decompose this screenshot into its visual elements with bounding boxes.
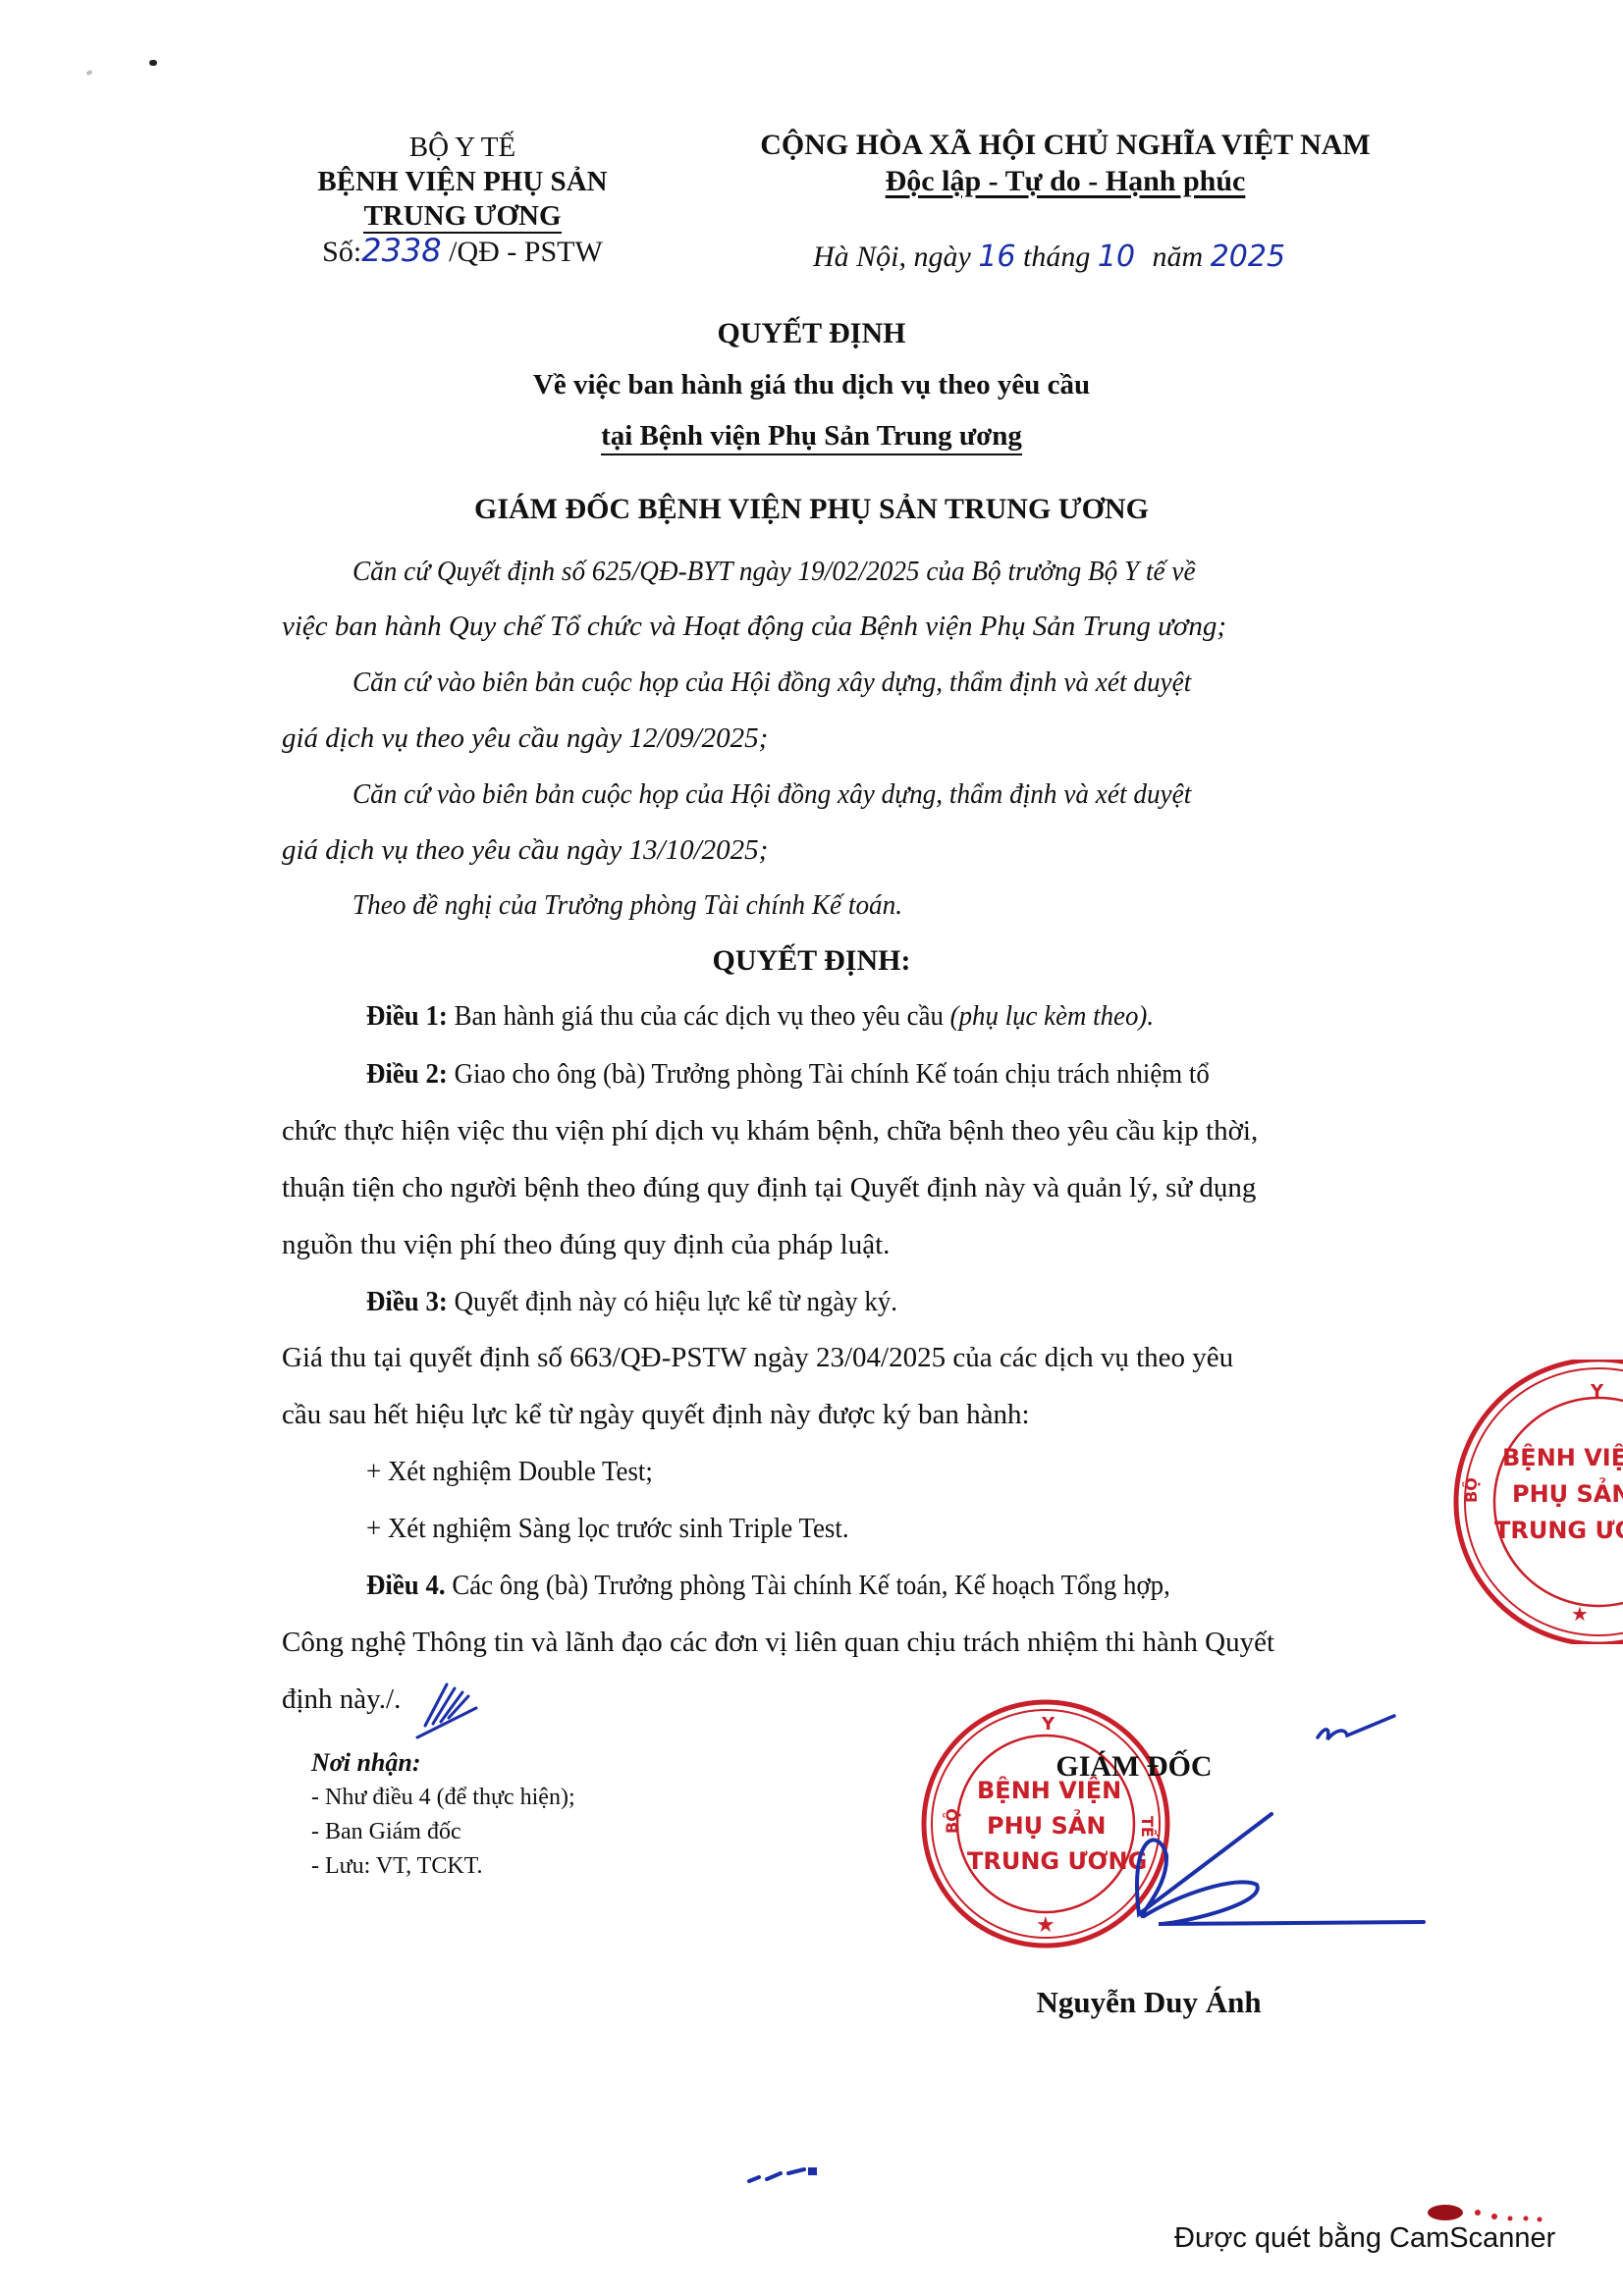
decision-heading: QUYẾT ĐỊNH: — [0, 944, 1623, 978]
article-3-item: + Xét nghiệm Double Test; — [366, 1456, 1431, 1488]
seal-top-text: Y — [1041, 1714, 1055, 1735]
issuing-authority: GIÁM ĐỐC BỆNH VIỆN PHỤ SẢN TRUNG ƯƠNG — [0, 493, 1623, 526]
preamble-line: Căn cứ vào biên bản cuộc họp của Hội đồn… — [352, 778, 1431, 811]
seal-left-text: BỘ — [942, 1808, 961, 1834]
article-1-annex-note: (phụ lục kèm theo). — [950, 1000, 1154, 1032]
scan-speck — [85, 70, 92, 76]
article-1-text: Ban hành giá thu của các dịch vụ theo yê… — [448, 1000, 950, 1032]
number-suffix: /QĐ - PSTW — [442, 236, 603, 268]
article-4-line1: Điều 4. Các ông (bà) Trưởng phòng Tài ch… — [366, 1570, 1431, 1602]
country-name: CỘNG HÒA XÃ HỘI CHỦ NGHĨA VIỆT NAM — [717, 127, 1414, 164]
hospital-name-line1: BỆNH VIỆN PHỤ SẢN — [266, 165, 659, 199]
preamble-line: việc ban hành Quy chế Tổ chức và Hoạt độ… — [282, 611, 1431, 643]
hospital-name-line2: TRUNG ƯƠNG — [266, 199, 659, 234]
preamble-line: Căn cứ Quyết định số 625/QĐ-BYT ngày 19/… — [352, 556, 1431, 588]
article-3-line3: cầu sau hết hiệu lực kể từ ngày quyết đị… — [282, 1399, 1431, 1431]
article-3-line1: Điều 3: Quyết định này có hiệu lực kể từ… — [366, 1286, 1431, 1318]
article-3-item: + Xét nghiệm Sàng lọc trước sinh Triple … — [366, 1513, 1431, 1545]
article-2-line2: chức thực hiện việc thu viện phí dịch vụ… — [282, 1115, 1431, 1148]
preamble-line: giá dịch vụ theo yêu cầu ngày 13/10/2025… — [282, 834, 1431, 867]
scan-speck — [149, 60, 157, 66]
document-heading: QUYẾT ĐỊNH — [0, 317, 1623, 350]
signature-scribble — [1060, 1698, 1434, 1953]
article-3-text: Quyết định này có hiệu lực kể từ ngày ký… — [448, 1286, 897, 1317]
national-header: CỘNG HÒA XÃ HỘI CHỦ NGHĨA VIỆT NAM Độc l… — [717, 127, 1414, 199]
article-1: Điều 1: Ban hành giá thu của các dịch vụ… — [366, 1000, 1431, 1033]
issuer-block: BỘ Y TẾ BỆNH VIỆN PHỤ SẢN TRUNG ƯƠNG Số:… — [266, 131, 659, 269]
ministry-name: BỘ Y TẾ — [266, 131, 659, 165]
handwritten-day: 16 — [978, 240, 1015, 274]
article-2-text: Giao cho ông (bà) Trưởng phòng Tài chính… — [448, 1058, 1210, 1090]
overlap-seal-star-icon: ★ — [1571, 1604, 1589, 1626]
article-2-label: Điều 2: — [366, 1058, 448, 1090]
overlap-seal-line3: TRUNG ƯƠNG — [1494, 1517, 1623, 1544]
document-subject-line2-text: tại Bệnh viện Phụ Sản Trung ương — [601, 420, 1022, 455]
recipient-item: - Như điều 4 (để thực hiện); — [311, 1781, 575, 1815]
scan-mark-blue — [741, 2160, 830, 2199]
document-subject-line1: Về việc ban hành giá thu dịch vụ theo yê… — [0, 369, 1623, 401]
date-place: Hà Nội, ngày — [813, 240, 971, 273]
date-line: Hà Nội, ngày 16 tháng 10 năm 2025 — [813, 240, 1441, 274]
handwritten-month: 10 — [1098, 240, 1135, 274]
article-4-label: Điều 4. — [366, 1570, 446, 1601]
overlap-seal-top: Y — [1590, 1381, 1604, 1402]
handwritten-number: 2338 — [361, 232, 441, 269]
overlap-seal: Y BỘ BỆNH VIỆN PHỤ SẢN TRUNG ƯƠNG ★ — [1432, 1360, 1623, 1644]
initial-scribble — [407, 1679, 486, 1747]
national-motto: Độc lập - Tự do - Hạnh phúc — [717, 164, 1414, 199]
seal-star-icon: ★ — [1036, 1912, 1055, 1937]
overlap-seal-line1: BỆNH VIỆN — [1502, 1442, 1623, 1471]
hospital-name-line2-text: TRUNG ƯƠNG — [363, 200, 561, 234]
article-4-line2: Công nghệ Thông tin và lãnh đạo các đơn … — [282, 1627, 1431, 1659]
recipient-item: - Ban Giám đốc — [311, 1815, 575, 1849]
preamble-line: Theo đề nghị của Trưởng phòng Tài chính … — [352, 889, 1431, 922]
scanner-watermark: Được quét bằng CamScanner — [1174, 2222, 1555, 2255]
article-2-line4: nguồn thu viện phí theo đúng quy định củ… — [282, 1229, 1431, 1261]
article-2-line1: Điều 2: Giao cho ông (bà) Trưởng phòng T… — [366, 1058, 1431, 1091]
document-subject-line2: tại Bệnh viện Phụ Sản Trung ương — [0, 420, 1623, 453]
number-prefix: Số: — [322, 236, 361, 268]
article-2-line3: thuận tiện cho người bệnh theo đúng quy … — [282, 1172, 1431, 1204]
overlap-seal-line2: PHỤ SẢN — [1512, 1475, 1623, 1508]
preamble-line: giá dịch vụ theo yêu cầu ngày 12/09/2025… — [282, 722, 1431, 755]
recipients-block: Nơi nhận: - Như điều 4 (để thực hiện); -… — [311, 1745, 575, 1884]
preamble-line: Căn cứ vào biên bản cuộc họp của Hội đồn… — [352, 667, 1431, 699]
article-3-label: Điều 3: — [366, 1286, 448, 1317]
recipients-heading: Nơi nhận: — [311, 1745, 575, 1781]
signatory-name: Nguyễn Duy Ánh — [982, 1985, 1316, 2020]
date-year-label: năm — [1153, 240, 1204, 273]
national-motto-text: Độc lập - Tự do - Hạnh phúc — [886, 165, 1246, 197]
article-1-label: Điều 1: — [366, 1000, 448, 1032]
article-4-text: Các ông (bà) Trưởng phòng Tài chính Kế t… — [446, 1570, 1170, 1601]
handwritten-year: 2025 — [1211, 240, 1285, 274]
overlap-seal-left: BỘ — [1461, 1477, 1481, 1503]
article-3-line2: Giá thu tại quyết định số 663/QĐ-PSTW ng… — [282, 1342, 1431, 1374]
document-number: Số:2338 /QĐ - PSTW — [266, 234, 659, 269]
recipient-item: - Lưu: VT, TCKT. — [311, 1849, 575, 1884]
date-month-label: tháng — [1023, 240, 1090, 273]
